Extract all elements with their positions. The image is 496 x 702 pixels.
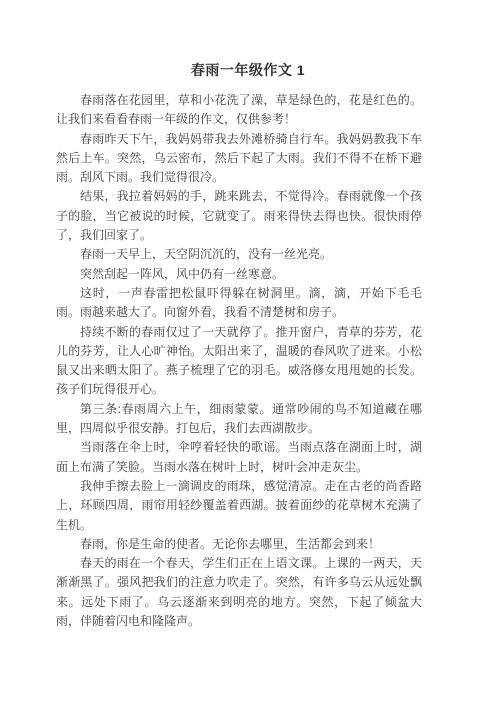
essay-paragraph: 春雨落在花园里，草和小花洗了澡，草是绿色的，花是红色的。让我们来看看春雨一年级的… bbox=[56, 91, 422, 130]
document-page: 春雨一年级作文 1 春雨落在花园里，草和小花洗了澡，草是绿色的，花是红色的。让我… bbox=[0, 0, 496, 702]
essay-paragraph: 第三条:春雨周六上午，细雨蒙蒙。通常吵闹的鸟不知道藏在哪里，四周似乎很安静。打包… bbox=[56, 400, 422, 439]
essay-paragraph: 春天的雨在一个春天，学生们正在上语文课。上课的一两天，天渐渐黑了。强风把我们的注… bbox=[56, 554, 422, 631]
essay-paragraph: 我伸手擦去脸上一滴调皮的雨珠，感觉清凉。走在古老的尚香路上，环顾四周，雨帘用轻纱… bbox=[56, 477, 422, 535]
essay-paragraph: 春雨一天早上，天空阴沉沉的，没有一丝光亮。 bbox=[56, 245, 422, 264]
essay-paragraph: 结果，我拉着妈妈的手，跳来跳去，不觉得冷。春雨就像一个孩子的脸，当它被说的时候，… bbox=[56, 187, 422, 245]
essay-paragraph: 当雨落在伞上时，伞哼着轻快的歌谣。当雨点落在湖面上时，湖面上布满了笑脸。当雨水落… bbox=[56, 438, 422, 477]
essay-paragraph: 这时，一声春雷把松鼠吓得躲在树洞里。滴，滴，开始下毛毛雨。雨越来越大了。向窗外看… bbox=[56, 284, 422, 323]
essay-body: 春雨落在花园里，草和小花洗了澡，草是绿色的，花是红色的。让我们来看看春雨一年级的… bbox=[56, 91, 422, 631]
essay-paragraph: 突然刮起一阵风，风中仍有一丝寒意。 bbox=[56, 265, 422, 284]
essay-paragraph: 春雨昨天下午，我妈妈带我去外滩桥骑自行车。我妈妈教我下车然后上车。突然，乌云密布… bbox=[56, 130, 422, 188]
essay-paragraph: 春雨，你是生命的使者。无论你去哪里，生活都会到来！ bbox=[56, 535, 422, 554]
essay-title: 春雨一年级作文 1 bbox=[0, 0, 496, 80]
essay-paragraph: 持续不断的春雨仅过了一天就停了。推开窗户，青草的芬芳，花儿的芬芳，让人心旷神怡。… bbox=[56, 323, 422, 400]
